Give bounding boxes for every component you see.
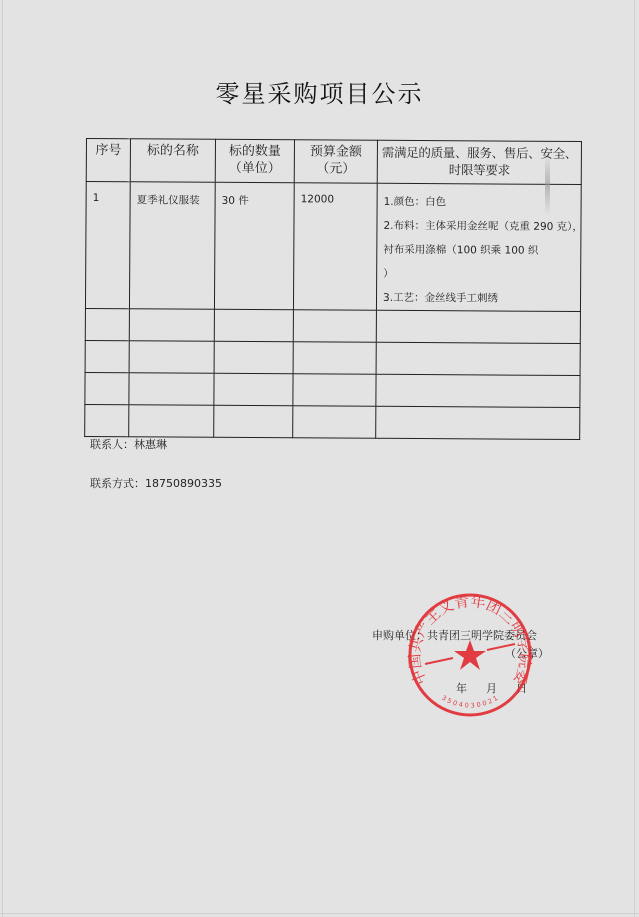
requirement-line: 2.布料：主体采用金丝呢（克重 290 克）， (377, 214, 580, 239)
header-budget: 预算金额 （元） (294, 140, 377, 184)
official-seal-stamp: 中国共产主义青年团三明学院委员会 3 5 0 4 0 3 0 0 2 1 (405, 590, 535, 720)
procurement-table: 序号 标的名称 标的数量 （单位） 预算金额 （元） 需满足的质量、服务、售后、… (84, 138, 582, 440)
seal-code: 3 5 0 4 0 3 0 0 2 1 (440, 694, 499, 710)
contact-phone-value: 18750890335 (145, 477, 222, 490)
header-serial-number: 序号 (86, 139, 130, 182)
header-quantity: 标的数量 （单位） (215, 139, 294, 182)
contact-person-value: 林惠琳 (134, 438, 167, 451)
contact-person-label: 联系人： (90, 438, 134, 451)
page-edge (2, 0, 3, 917)
requirement-line: 衬布采用涤棉（100 织乘 100 织 (377, 238, 580, 263)
cell-item-name: 夏季礼仪服装 (129, 182, 215, 310)
table-row: 1 夏季礼仪服装 30 件 12000 1.颜色：白色 2.布料：主体采用金丝呢… (85, 182, 581, 312)
cell-budget: 12000 (293, 183, 377, 311)
contact-person: 联系人：林惠琳 (90, 436, 167, 452)
table-header-row: 序号 标的名称 标的数量 （单位） 预算金额 （元） 需满足的质量、服务、售后、… (86, 139, 581, 185)
table-row-empty (85, 308, 580, 343)
requirement-line: ） (377, 262, 580, 287)
contact-phone: 联系方式：18750890335 (90, 475, 222, 491)
requirement-line: 3.工艺：金丝线手工刺绣 (377, 286, 580, 311)
cell-serial-number: 1 (85, 182, 130, 309)
cell-quantity: 30 件 (214, 182, 294, 309)
star-icon (454, 640, 486, 670)
cell-requirements: 1.颜色：白色 2.布料：主体采用金丝呢（克重 290 克）， 衬布采用涤棉（1… (376, 183, 581, 311)
header-item-name: 标的名称 (130, 139, 215, 183)
contact-phone-label: 联系方式： (90, 477, 145, 490)
document-title: 零星采购项目公示 (0, 74, 639, 109)
table-row-empty (85, 340, 580, 375)
table-row-empty (85, 372, 580, 407)
header-requirements: 需满足的质量、服务、售后、安全、 时限等要求 (377, 140, 581, 184)
scan-artifact (545, 155, 550, 215)
page-edge (634, 0, 635, 917)
requirement-line: 1.颜色：白色 (378, 194, 581, 211)
page-edge (0, 913, 639, 914)
seal-ring-text: 中国共产主义青年团三明学院委员会 (405, 590, 534, 688)
table-row-empty (85, 404, 580, 439)
